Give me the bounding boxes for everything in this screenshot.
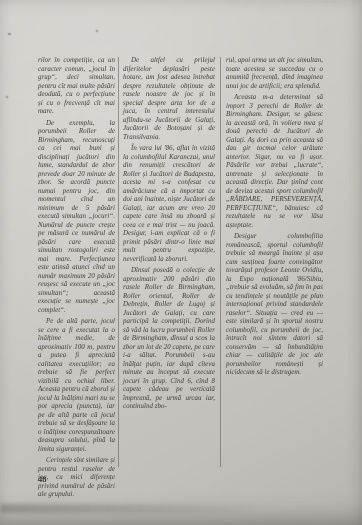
paragraph: De exemplu, la porumbeii Roller de Birmi… — [38, 120, 115, 316]
paragraph: În vara lui '86, aflat în vizită la colu… — [123, 145, 215, 264]
paragraph: Pe de altă parte, jocul se cere a fi exe… — [38, 318, 115, 454]
scan-speck — [8, 33, 11, 35]
scanned-page: rilor în competiție, ca un caracter comu… — [0, 0, 362, 525]
scan-speck — [6, 96, 8, 98]
text-column-right: rul, apoi urma un alt joc simultan, toat… — [226, 57, 323, 381]
paragraph: Dînsul posedă o colecție de aproximativ … — [123, 267, 215, 412]
column-divider — [220, 57, 221, 467]
scan-speck — [96, 30, 98, 32]
paragraph: Aceasta m-a determinat să import 3 perec… — [226, 94, 323, 230]
paragraph: De altfel cu prilejul diferitelor deplas… — [123, 57, 215, 142]
column-divider — [118, 57, 119, 467]
paragraph: rul, apoi urma un alt joc simultan, toat… — [226, 57, 323, 91]
page-number: 48 — [38, 474, 47, 484]
scan-shadow — [0, 504, 260, 513]
text-column-left: rilor în competiție, ca un caracter comu… — [38, 57, 115, 503]
paragraph: Desigur columbofilia românească, sportul… — [226, 233, 323, 378]
paragraph: rilor în competiție, ca un caracter comu… — [38, 57, 115, 117]
paragraph: Cerințele sînt similare și pentru restul… — [38, 457, 115, 500]
text-column-middle: De altfel cu prilejul diferitelor deplas… — [123, 57, 215, 415]
